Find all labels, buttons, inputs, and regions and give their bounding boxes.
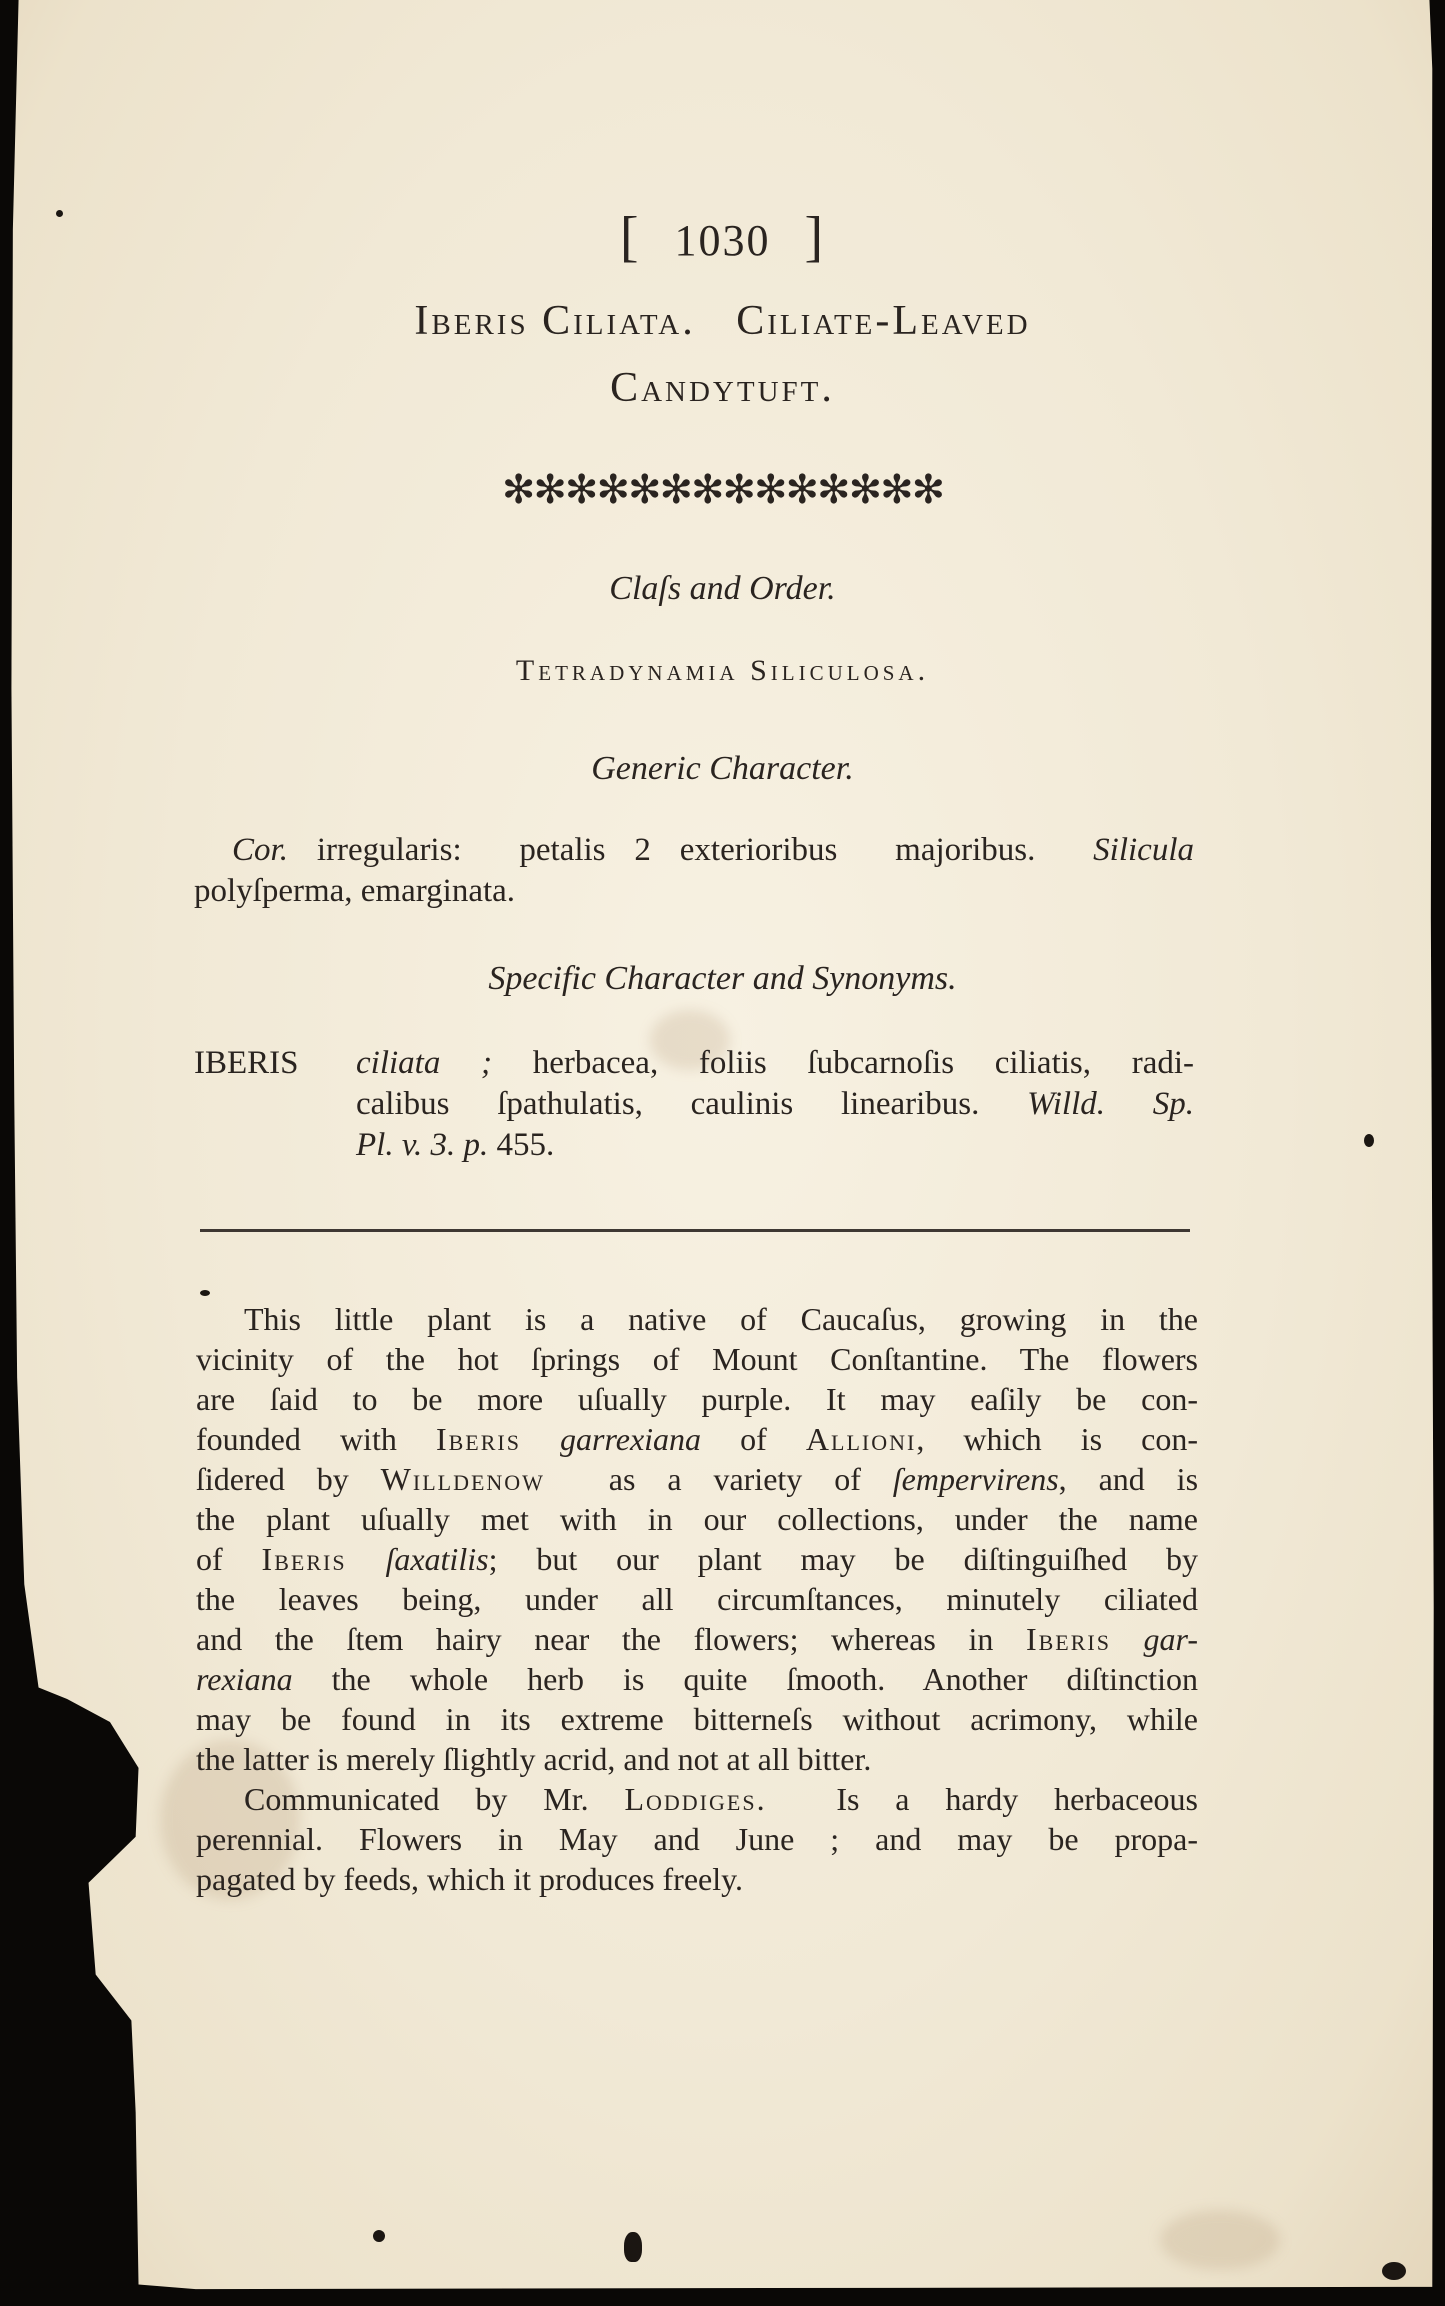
text: founded with (196, 1421, 436, 1457)
genus-smallcaps: Iberis (436, 1421, 521, 1457)
body-line: rexiana the whole herb is quite ſmooth. … (196, 1659, 1198, 1699)
text: , and is (1059, 1461, 1198, 1497)
author-smallcaps: Allioni (806, 1421, 916, 1457)
title-line-1: Iberis Ciliata. Ciliate-Leaved (0, 288, 1445, 354)
text: . Is a hardy herbaceous (757, 1781, 1198, 1817)
asterisk-ornament-row: ✻✻✻✻✻✻✻✻✻✻✻✻✻✻ (0, 466, 1445, 513)
species-text-2: calibus ſpathulatis, caulinis linearibus… (356, 1086, 1027, 1122)
communicated-line-3: pagated by feeds, which it produces free… (196, 1859, 1198, 1899)
species-line-1: ciliata ; herbacea, foliis ſubcarnoſis c… (356, 1043, 1194, 1084)
text: ſidered by (196, 1461, 381, 1497)
willdenow-reference: Willd. Sp. (1027, 1086, 1194, 1122)
page-number: [1030] (0, 205, 1445, 269)
body-line: the leaves being, under all circumſtance… (196, 1579, 1198, 1619)
text: ; but our plant may be diſtinguiſhed by (489, 1541, 1198, 1577)
body-line: vicinity of the hot ſprings of Mount Con… (196, 1339, 1198, 1379)
species-italic: gar- (1111, 1621, 1198, 1657)
author-smallcaps: Willdenow (381, 1461, 545, 1497)
communicated-line-1: Communicated by Mr. Loddiges. Is a hardy… (196, 1779, 1198, 1819)
species-italic: ſempervirens (893, 1461, 1059, 1497)
body-line: founded with Iberis garrexiana of Allion… (196, 1419, 1198, 1459)
body-line: ſidered by Willdenow as a variety of ſem… (196, 1459, 1198, 1499)
contributor-smallcaps: Loddiges (624, 1781, 756, 1817)
species-italic: ſaxatilis (347, 1541, 489, 1577)
reference-volume: Pl. v. 3. p. (356, 1127, 488, 1163)
species-text-1: herbacea, foliis ſubcarnoſis ciliatis, r… (492, 1045, 1194, 1081)
text: , which is con- (916, 1421, 1198, 1457)
text: and the ſtem hairy near the flowers; whe… (196, 1621, 1026, 1657)
ink-speck (624, 2232, 642, 2262)
text: of (701, 1421, 806, 1457)
class-and-order-value: Tetradynamia Siliculosa. (0, 654, 1445, 688)
bracket-open: [ (620, 206, 641, 268)
species-italic: garrexiana (521, 1421, 701, 1457)
body-line: This little plant is a native of Caucaſu… (196, 1299, 1198, 1339)
bracket-close: ] (805, 206, 826, 268)
specific-character-heading: Specific Character and Synonyms. (0, 960, 1445, 998)
communicated-line-2: perennial. Flowers in May and June ; and… (196, 1819, 1198, 1859)
ink-speck (1364, 1134, 1374, 1147)
silicula-term: Silicula (1093, 832, 1194, 868)
text: of (196, 1541, 262, 1577)
ink-speck (1382, 2262, 1406, 2280)
reference-page: 455. (488, 1127, 554, 1163)
species-description: ciliata ; herbacea, foliis ſubcarnoſis c… (356, 1043, 1194, 1166)
section-divider (200, 1229, 1190, 1232)
body-line: the latter is merely ſlightly acrid, and… (196, 1739, 1198, 1779)
generic-character-heading: Generic Character. (0, 750, 1445, 788)
text: the whole herb is quite ſmooth. Another … (293, 1661, 1198, 1697)
foxing-stain (1160, 2210, 1280, 2270)
genus-smallcaps: Iberis (1026, 1621, 1111, 1657)
species-line-3: Pl. v. 3. p. 455. (356, 1127, 554, 1163)
page-number-value: 1030 (675, 216, 771, 265)
generic-text: irregularis: petalis 2 exterioribus majo… (288, 832, 1093, 868)
species-italic: rexiana (196, 1661, 293, 1697)
ink-speck (200, 1290, 210, 1296)
ink-speck (373, 2230, 385, 2242)
body-line: the plant uſually met with in our collec… (196, 1499, 1198, 1539)
generic-character-text: Cor. irregularis: petalis 2 exterioribus… (194, 830, 1194, 912)
cor-abbrev: Cor. (232, 832, 288, 868)
species-epithet: ciliata ; (356, 1045, 492, 1081)
text: Communicated by Mr. (244, 1781, 624, 1817)
class-and-order-heading: Claſs and Order. (0, 570, 1445, 608)
species-line-2: calibus ſpathulatis, caulinis linearibus… (356, 1084, 1194, 1125)
body-line: and the ſtem hairy near the flowers; whe… (196, 1619, 1198, 1659)
text: as a variety of (545, 1461, 893, 1497)
specific-character-text: IBERIS ciliata ; herbacea, foliis ſubcar… (194, 1043, 1194, 1166)
generic-line-1: Cor. irregularis: petalis 2 exterioribus… (194, 830, 1194, 871)
genus-smallcaps: Iberis (262, 1541, 347, 1577)
body-line: are ſaid to be more uſually purple. It m… (196, 1379, 1198, 1419)
generic-line-2: polyſperma, emarginata. (194, 873, 515, 909)
body-line: may be found in its extreme bitterneſs w… (196, 1699, 1198, 1739)
body-line: of Iberis ſaxatilis; but our plant may b… (196, 1539, 1198, 1579)
description-body: This little plant is a native of Caucaſu… (196, 1299, 1198, 1899)
genus-name: IBERIS (194, 1043, 356, 1084)
title-line-2: Candytuft. (0, 355, 1445, 421)
